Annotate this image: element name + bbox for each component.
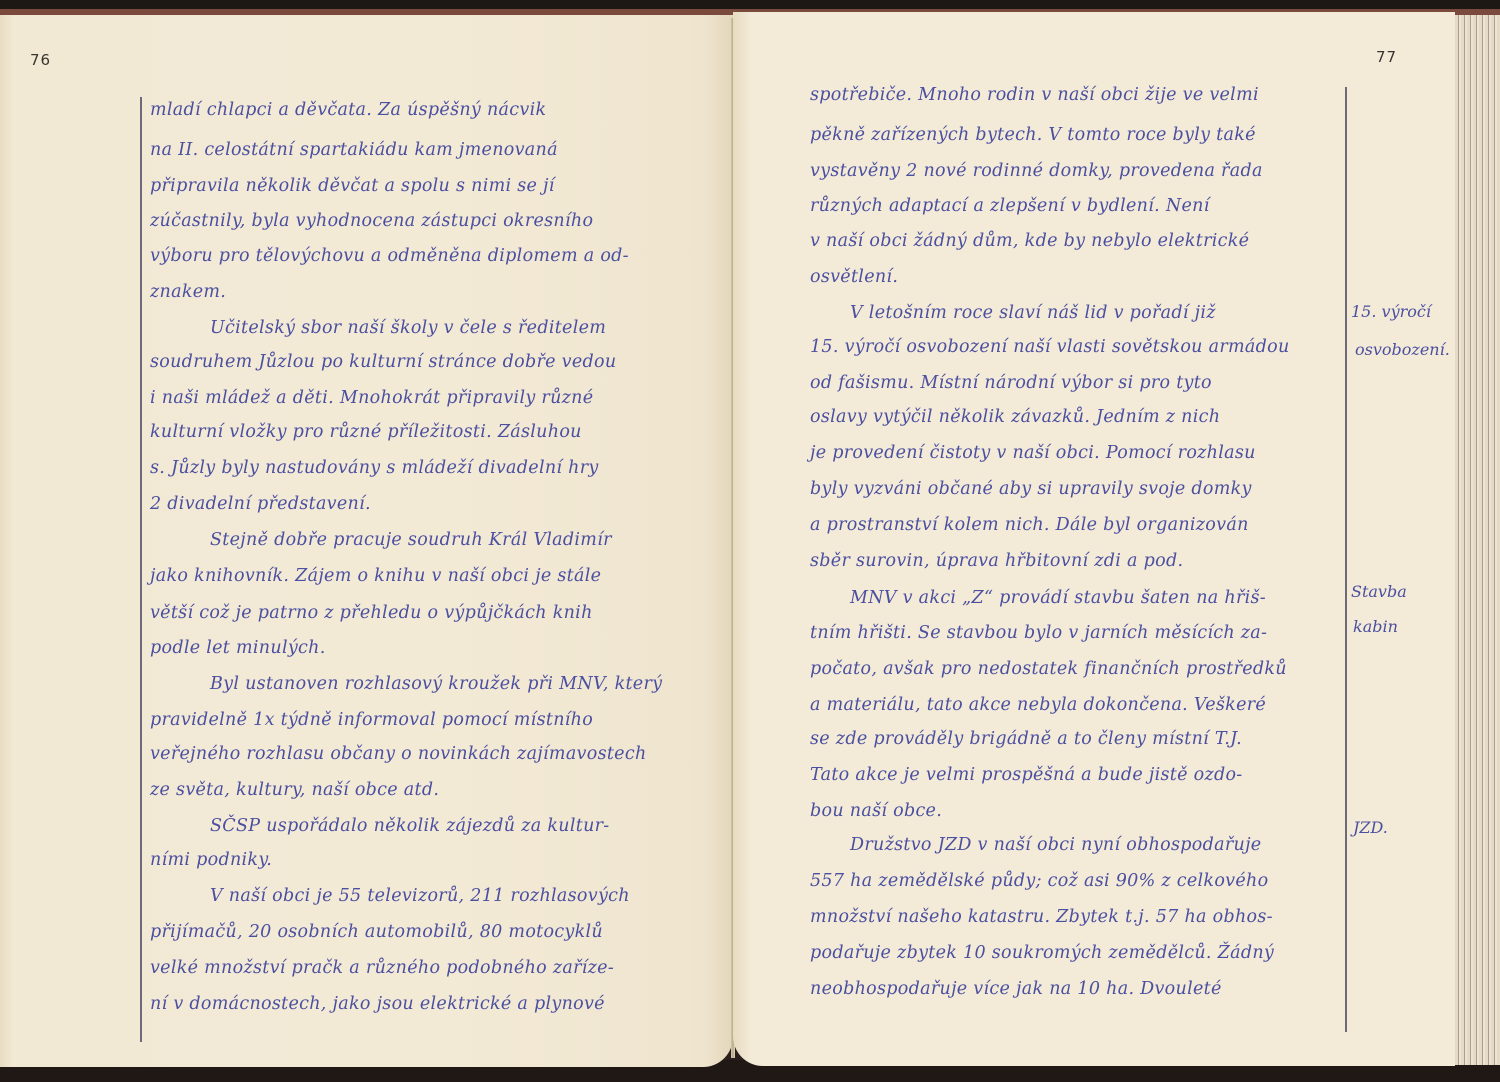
text-line: byly vyzváni občané aby si upravily svoj… bbox=[810, 479, 1252, 499]
text-line: je provedení čistoty v naší obci. Pomocí… bbox=[810, 443, 1256, 463]
text-line: přijímačů, 20 osobních automobilů, 80 mo… bbox=[150, 922, 603, 942]
text-line: Byl ustanoven rozhlasový kroužek při MNV… bbox=[210, 674, 662, 694]
text-line: V letošním roce slaví náš lid v pořadí j… bbox=[850, 303, 1216, 323]
text-line: neobhospodařuje více jak na 10 ha. Dvoul… bbox=[810, 979, 1222, 999]
text-line: 2 divadelní představení. bbox=[150, 494, 371, 514]
right-page: 77 spotřebiče. Mnoho rodin v naší obci ž… bbox=[733, 12, 1455, 1066]
text-line: podařuje zbytek 10 soukromých zemědělců.… bbox=[810, 943, 1274, 963]
text-line: kulturní vložky pro různé příležitosti. … bbox=[150, 422, 582, 442]
margin-note: 15. výročí bbox=[1351, 302, 1431, 321]
text-line: oslavy vytýčil několik závazků. Jedním z… bbox=[810, 407, 1220, 427]
text-line: pravidelně 1x týdně informoval pomocí mí… bbox=[150, 710, 593, 730]
text-line: a materiálu, tato akce nebyla dokončena.… bbox=[810, 695, 1266, 715]
text-line: MNV v akci „Z“ provádí stavbu šaten na h… bbox=[850, 588, 1266, 608]
margin-note: kabin bbox=[1353, 617, 1398, 636]
text-line: větší což je patrno z přehledu o výpůjčk… bbox=[150, 603, 593, 623]
page-number-left: 76 bbox=[30, 51, 51, 69]
margin-note: JZD. bbox=[1353, 818, 1388, 837]
text-line: vystavěny 2 nové rodinné domky, proveden… bbox=[810, 161, 1263, 181]
text-line: výboru pro tělovýchovu a odměněna diplom… bbox=[150, 246, 629, 266]
text-line: zúčastnily, byla vyhodnocena zástupci ok… bbox=[150, 211, 593, 231]
text-line: množství našeho katastru. Zbytek t.j. 57… bbox=[810, 907, 1273, 927]
margin-note: osvobození. bbox=[1355, 340, 1450, 359]
text-line: 15. výročí osvobození naší vlasti sověts… bbox=[810, 337, 1290, 357]
text-line: mladí chlapci a děvčata. Za úspěšný nácv… bbox=[150, 100, 546, 120]
text-line: Tato akce je velmi prospěšná a bude jist… bbox=[810, 765, 1243, 785]
text-line: s. Jůzly byly nastudovány s mládeží diva… bbox=[150, 458, 599, 478]
text-line: pěkně zařízených bytech. V tomto roce by… bbox=[810, 125, 1256, 145]
text-line: podle let minulých. bbox=[150, 638, 326, 658]
margin-note: Stavba bbox=[1351, 582, 1407, 601]
text-line: ze světa, kultury, naší obce atd. bbox=[150, 780, 439, 800]
text-line: počato, avšak pro nedostatek finančních … bbox=[810, 659, 1287, 679]
right-margin-line bbox=[1345, 87, 1347, 1032]
text-line: velké množství pračk a různého podobného… bbox=[150, 958, 614, 978]
text-line: ními podniky. bbox=[150, 850, 272, 870]
left-page: 76 mladí chlapci a děvčata. Za úspěšný n… bbox=[0, 15, 733, 1067]
text-line: SČSP uspořádalo několik zájezdů za kultu… bbox=[210, 816, 610, 836]
text-line: 557 ha zemědělské půdy; což asi 90% z ce… bbox=[810, 871, 1268, 891]
text-line: na II. celostátní spartakiádu kam jmenov… bbox=[150, 140, 558, 160]
text-line: i naši mládež a děti. Mnohokrát připravi… bbox=[150, 388, 593, 408]
text-line: bou naší obce. bbox=[810, 801, 942, 821]
text-line: a prostranství kolem nich. Dále byl orga… bbox=[810, 515, 1249, 535]
text-line: sběr surovin, úprava hřbitovní zdi a pod… bbox=[810, 551, 1183, 571]
text-line: veřejného rozhlasu občany o novinkách za… bbox=[150, 744, 647, 764]
page-number-right: 77 bbox=[1376, 48, 1397, 66]
text-line: tním hřišti. Se stavbou bylo v jarních m… bbox=[810, 623, 1267, 643]
text-line: osvětlení. bbox=[810, 267, 898, 287]
text-line: jako knihovník. Zájem o knihu v naší obc… bbox=[150, 566, 601, 586]
text-line: Učitelský sbor naší školy v čele s ředit… bbox=[210, 318, 606, 338]
text-line: V naší obci je 55 televizorů, 211 rozhla… bbox=[210, 886, 630, 906]
text-line: se zde prováděly brigádně a to členy mís… bbox=[810, 729, 1242, 749]
text-line: ní v domácnostech, jako jsou elektrické … bbox=[150, 994, 605, 1014]
text-line: Družstvo JZD v naší obci nyní obhospodař… bbox=[850, 835, 1261, 855]
left-margin-line bbox=[140, 97, 142, 1042]
text-line: různých adaptací a zlepšení v bydlení. N… bbox=[810, 196, 1210, 216]
text-line: spotřebiče. Mnoho rodin v naší obci žije… bbox=[810, 85, 1259, 105]
text-line: soudruhem Jůzlou po kulturní stránce dob… bbox=[150, 352, 616, 372]
text-line: v naší obci žádný dům, kde by nebylo ele… bbox=[810, 231, 1249, 251]
text-line: znakem. bbox=[150, 282, 226, 302]
right-page-edges bbox=[1455, 15, 1500, 1065]
text-line: Stejně dobře pracuje soudruh Král Vladim… bbox=[210, 530, 612, 550]
text-line: připravila několik děvčat a spolu s nimi… bbox=[150, 176, 555, 196]
text-line: od fašismu. Místní národní výbor si pro … bbox=[810, 373, 1212, 393]
